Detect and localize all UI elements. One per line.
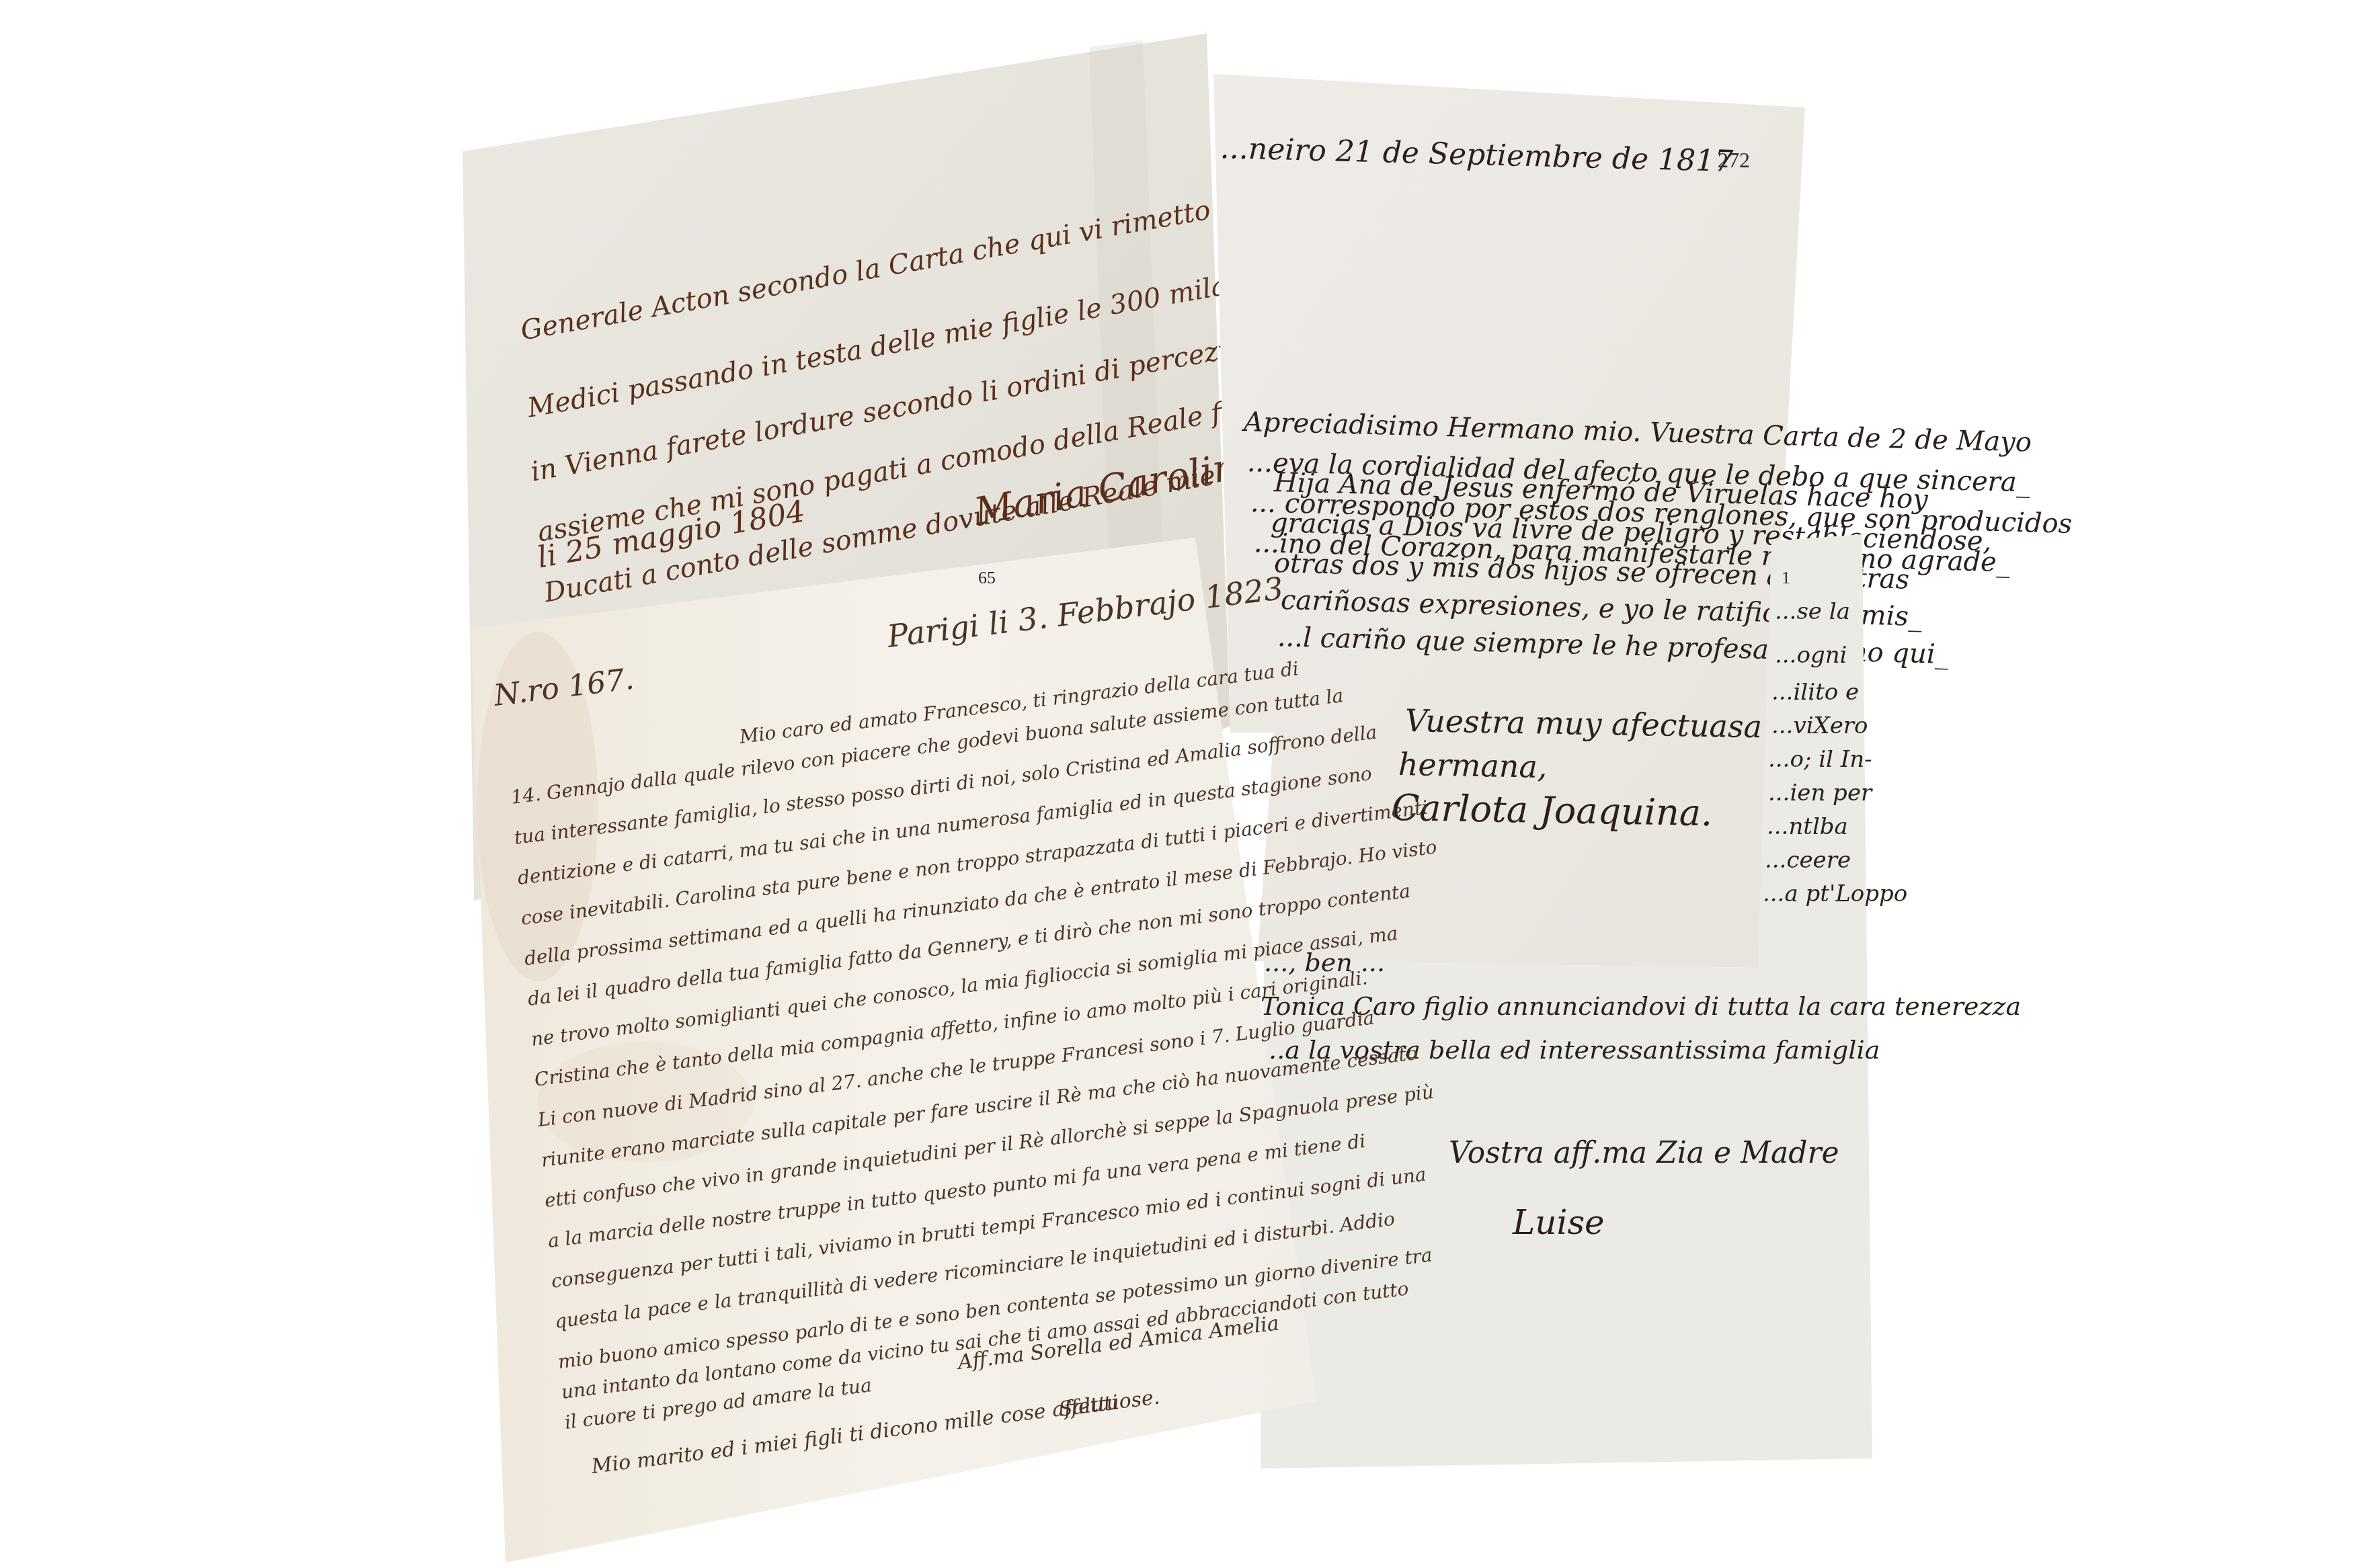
folio-number: 65: [978, 568, 996, 588]
letter-amelia-1823: 65 Parigi li 3. Febbrajo 1823 N.ro 167. …: [0, 0, 2353, 1568]
